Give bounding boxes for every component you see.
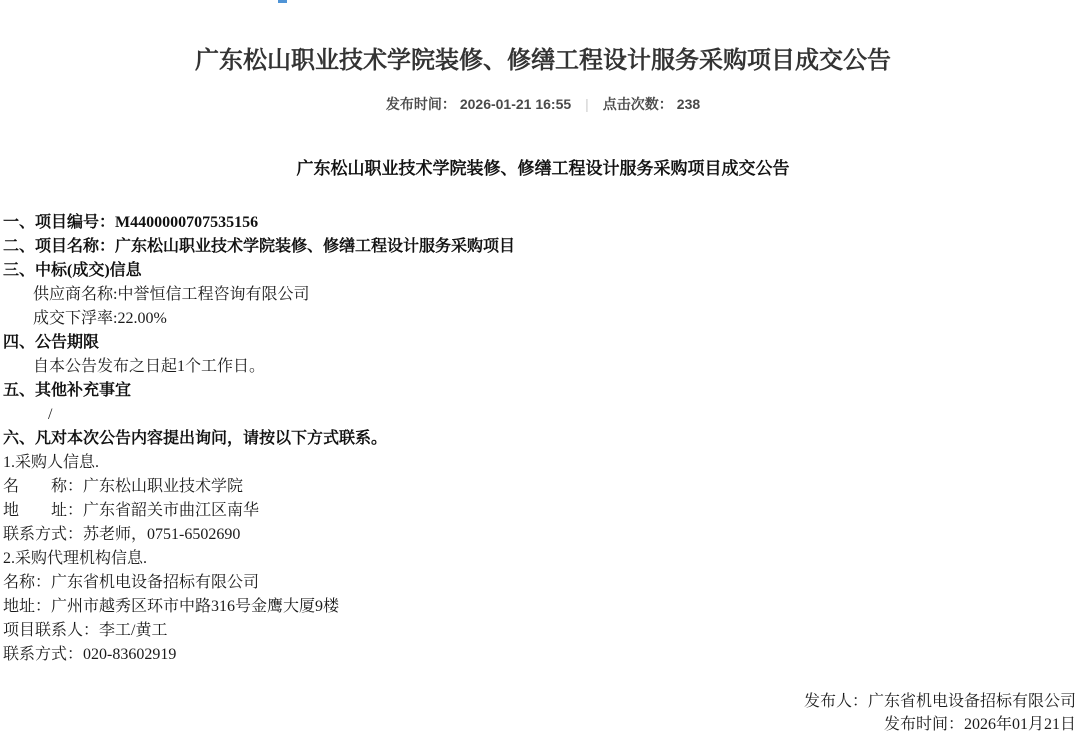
publisher-line: 发布人：广东省机电设备招标有限公司 xyxy=(804,690,1076,713)
article-line: 五、其他补充事宜 xyxy=(3,379,1086,403)
publisher-value: 广东省机电设备招标有限公司 xyxy=(868,693,1076,710)
article-line: 名 称：广东松山职业技术学院 xyxy=(3,475,1086,499)
publish-time-label: 发布时间： xyxy=(386,94,456,114)
article-line: / xyxy=(3,403,1086,427)
article-line: 三、中标(成交)信息 xyxy=(3,259,1086,283)
article-line: 一、项目编号：M4400000707535156 xyxy=(3,211,1086,235)
hits-label: 点击次数： xyxy=(603,94,673,114)
article-line: 供应商名称:中誉恒信工程咨询有限公司 xyxy=(3,283,1086,307)
article-line: 名称：广东省机电设备招标有限公司 xyxy=(3,571,1086,595)
article-body: 一、项目编号：M4400000707535156二、项目名称：广东松山职业技术学… xyxy=(0,211,1086,667)
article-line: 成交下浮率:22.00% xyxy=(3,307,1086,331)
clipped-link-fragment xyxy=(278,0,287,3)
article-line: 二、项目名称：广东松山职业技术学院装修、修缮工程设计服务采购项目 xyxy=(3,235,1086,259)
announcement-page: 广东松山职业技术学院装修、修缮工程设计服务采购项目成交公告 发布时间： 2026… xyxy=(0,0,1086,752)
publisher-label: 发布人： xyxy=(804,693,868,710)
publish-date-value: 2026年01月21日 xyxy=(964,716,1076,733)
publish-time-value: 2026-01-21 16:55 xyxy=(460,96,571,112)
page-title: 广东松山职业技术学院装修、修缮工程设计服务采购项目成交公告 xyxy=(0,46,1086,76)
article-line: 自本公告发布之日起1个工作日。 xyxy=(3,355,1086,379)
article-line: 地 址：广东省韶关市曲江区南华 xyxy=(3,499,1086,523)
article-line: 联系方式：020-83602919 xyxy=(3,643,1086,667)
article-heading: 广东松山职业技术学院装修、修缮工程设计服务采购项目成交公告 xyxy=(0,159,1086,179)
hits-value: 238 xyxy=(677,96,700,112)
publish-date-line: 发布时间：2026年01月21日 xyxy=(804,713,1076,736)
meta-divider: | xyxy=(571,96,603,112)
article-line: 四、公告期限 xyxy=(3,331,1086,355)
article-line: 1.采购人信息. xyxy=(3,451,1086,475)
doc-footer: 发布人：广东省机电设备招标有限公司 发布时间：2026年01月21日 xyxy=(804,690,1076,736)
meta-row: 发布时间： 2026-01-21 16:55 | 点击次数： 238 xyxy=(0,94,1086,114)
article-line: 地址：广州市越秀区环市中路316号金鹰大厦9楼 xyxy=(3,595,1086,619)
article-line: 2.采购代理机构信息. xyxy=(3,547,1086,571)
article-line: 六、凡对本次公告内容提出询问，请按以下方式联系。 xyxy=(3,427,1086,451)
article-line: 联系方式：苏老师，0751-6502690 xyxy=(3,523,1086,547)
article-line: 项目联系人：李工/黄工 xyxy=(3,619,1086,643)
publish-date-label: 发布时间： xyxy=(884,716,964,733)
